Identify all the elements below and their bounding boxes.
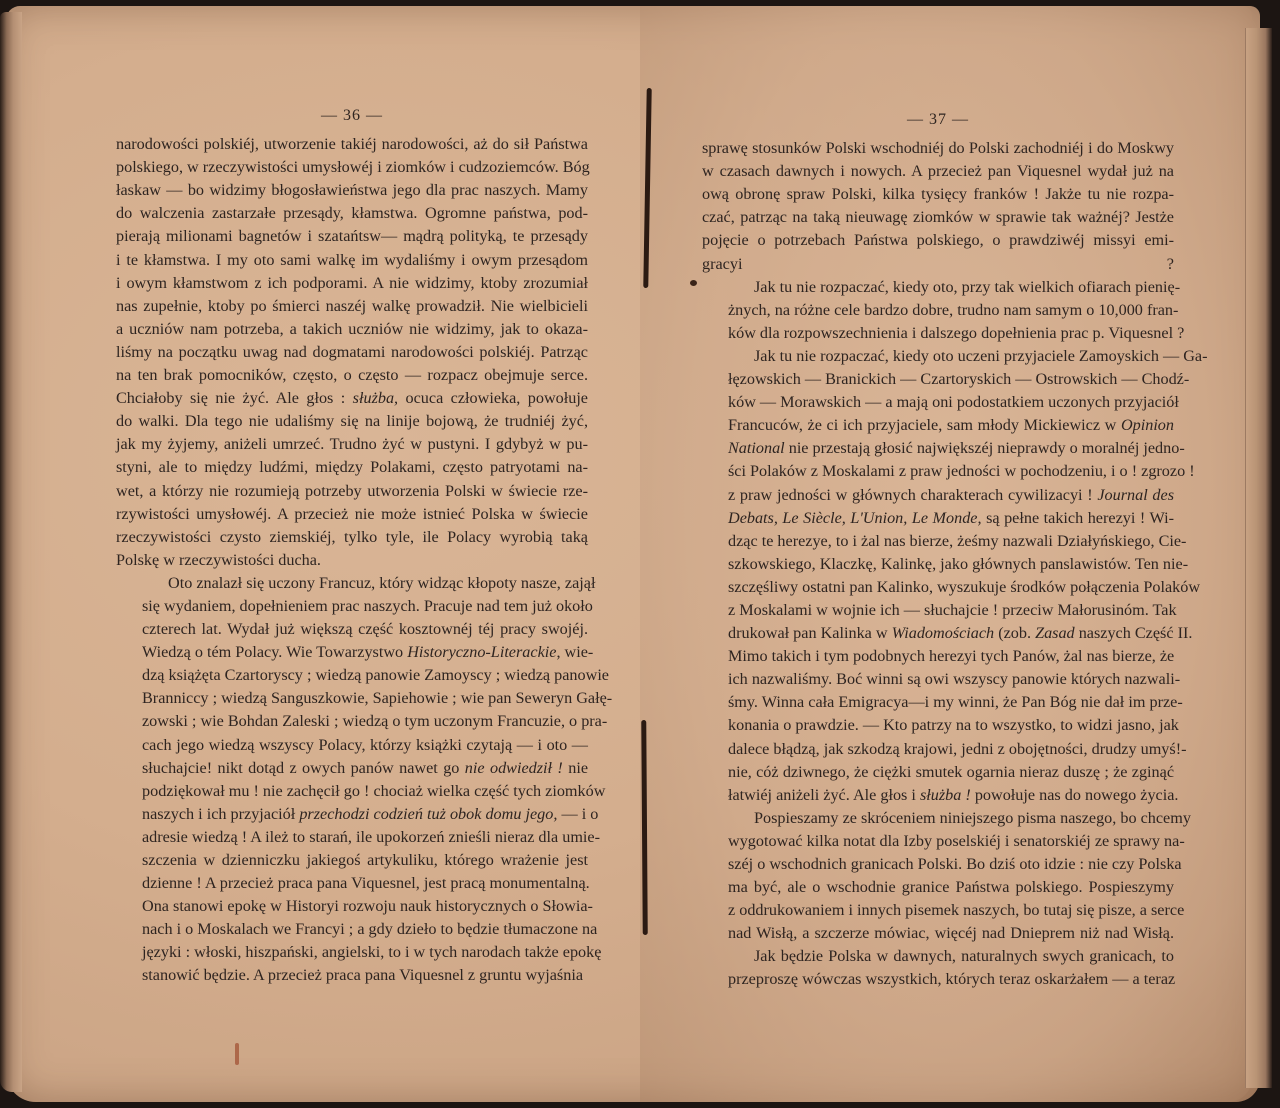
text: dząc te herezye, to i żal nas bierze, że… [728,532,1186,550]
text: i owym kłamstwom z ich podporami. A nie … [116,274,588,292]
text: łaskaw — bo widzimy błogosławieństwa jeg… [116,181,588,199]
text: cach jego wiedzą wszyscy Polacy, którzy … [142,736,588,754]
text: naszych i ich przyjaciół [142,805,299,823]
text: słuchajcie! nikt dotąd z owych panów naw… [142,759,465,777]
left-page: — 36 — narodowości polskiéj, utworzenie … [116,104,588,988]
text: Chciałoby się nie żyć. Ale głos : [116,389,353,407]
text: drukował pan Kalinka w [728,624,892,642]
text: łatwiéj aniżeli żyć. Ale głos i [728,786,920,804]
text: ści Polaków z Moskalami z praw jedności … [728,462,1195,480]
text: Ona stanowi epokę w Historyi rozwoju nau… [142,897,593,915]
text-line: wygotować kilka notat dla Izby poselskié… [702,830,1174,853]
text: konania o prawdzie. — Kto patrzy na to w… [728,716,1179,734]
text: naszych Część II. [1075,624,1193,642]
text: z oddrukowaniem i innych pisemek naszych… [728,901,1184,919]
text-line: rzywistości umysłowéj. A przecież nie mo… [116,503,588,526]
text: czać, patrząc na taką nieuwagę ziomków w… [702,208,1174,226]
text-line: pierają milionami bagnetów i szatańtsw— … [116,225,588,248]
italic-text: Debats, Le Siècle, L'Union, Le Monde, [728,509,982,527]
text-line: ków dla rozpowszechnienia i dalszego dop… [702,322,1174,345]
text-line: dalece błądzą, jak szkodzą krajowi, jedn… [702,738,1174,761]
text: liśmy na początku uwag nad dogmatami nar… [116,343,588,361]
italic-text: przechodzi codzień tuż obok domu jego, [299,805,557,823]
text-line: pojęcie o potrzebach Państwa polskiego, … [702,229,1174,252]
text: z Moskalami w wojnie ich — słuchajcie ! … [728,601,1177,619]
text: adresie wiedzą ! A ileż to starań, ile u… [142,828,600,846]
text: z praw jedności w głównych charakterach … [728,486,1097,504]
text-line: dzienne ! A przecież praca pana Viquesne… [116,872,588,895]
text-line: się wydaniem, dopełnieniem prac naszych.… [116,595,588,618]
text: nad Wisłą, a szczerze mówiac, więcéj nad… [728,924,1174,942]
italic-text: służba ! [920,786,971,804]
text: przeproszę wówczas wszystkich, których t… [728,970,1175,988]
italic-text: Historyczno-Literackie [407,643,556,661]
text-line: Polskę w rzeczywistości ducha. [116,549,588,572]
text: do walki. Dla tego nie udaliśmy się na l… [116,412,588,430]
page-body: narodowości polskiéj, utworzenie takiéj … [116,133,588,987]
text-line: nad Wisłą, a szczerze mówiac, więcéj nad… [702,922,1174,945]
text: dzienne ! A przecież praca pana Viquesne… [142,874,590,892]
left-page-edge [0,12,22,1092]
text-line: a uczniów nam potrzeba, a takich uczniów… [116,318,588,341]
text: polskiego, w rzeczywistości umysłowéj i … [116,158,590,176]
text: wet, a którzy nie rozumieją potrzeby utw… [116,482,588,500]
text: dalece błądzą, jak szkodzą krajowi, jedn… [728,740,1186,758]
text-line: łaskaw — bo widzimy błogosławieństwa jeg… [116,179,588,202]
text: nie przestają głosić największéj niepraw… [785,439,1185,457]
text-line: ma być, ale o wschodnie granice Państwa … [702,876,1174,899]
text-line: rzeczywistości czysto ziemskiéj, tylko t… [116,526,588,549]
text: ków — Morawskich — a mają oni podostatki… [728,393,1179,411]
text: gracyi ? [702,255,1174,273]
text-line: polskiego, w rzeczywistości umysłowéj i … [116,156,588,179]
paragraph: Pospieszamy ze skróceniem niniejszego pi… [702,807,1174,946]
text-line: wet, a którzy nie rozumieją potrzeby utw… [116,480,588,503]
text-line: gracyi ? [702,253,1174,276]
text: széj o wschodnich granicach Polski. Bo d… [728,855,1182,873]
text: szczenia w dzienniczku jakiegoś artykuli… [142,851,588,869]
text-line: Jak będzie Polska w dawnych, naturalnych… [702,945,1174,968]
text-line: Oto znalazł się uczony Francuz, który wi… [116,572,588,595]
text: nie [563,759,588,777]
italic-text: służba, [353,389,398,407]
text-line: cach jego wiedzą wszyscy Polacy, którzy … [116,734,588,757]
text-line: do walki. Dla tego nie udaliśmy się na l… [116,410,588,433]
text: sprawę stosunków Polski wschodniéj do Po… [702,139,1174,157]
text: i te kłamstwa. I my oto sami walkę im wy… [116,251,588,269]
text-line: na ten brak pomocników, często, o często… [116,364,588,387]
text: żnych, na różne cele bardzo dobre, trudn… [728,301,1178,319]
text-line: szczęśliwy ostatni pan Kalinko, wyszukuj… [702,576,1174,599]
italic-text: Zasad [1035,624,1075,642]
text: powołuje nas do nowego życia. [971,786,1179,804]
text: nach i o Moskalach we Francyi ; a gdy dz… [142,920,597,938]
text: Wiedzą o tém Polacy. Wie Towarzystwo [142,643,407,661]
text-line: jak my żyjemy, aniżeli umrzeć. Trudno ży… [116,433,588,456]
text-line: narodowości polskiéj, utworzenie takiéj … [116,133,588,156]
text: czterech lat. Wydał już większą część ko… [142,620,588,638]
text: Mimo takich i tym podobnych herezyi tych… [728,647,1174,665]
text-line: nie, cóż dziwnego, że ciężki smutek ogar… [702,761,1174,784]
text: Oto znalazł się uczony Francuz, który wi… [168,574,595,592]
text-line: żnych, na różne cele bardzo dobre, trudn… [702,299,1174,322]
text-line: dząc te herezye, to i żal nas bierze, że… [702,530,1174,553]
text-line: ową obronę spraw Polski, kilka tysięcy f… [702,183,1174,206]
ink-spot [690,280,697,286]
text: pierają milionami bagnetów i szatańtsw— … [116,227,588,245]
paragraph: narodowości polskiéj, utworzenie takiéj … [116,133,588,572]
page-body: sprawę stosunków Polski wschodniéj do Po… [702,137,1174,991]
text-line: naszych i ich przyjaciół przechodzi codz… [116,803,588,826]
text-line: sprawę stosunków Polski wschodniéj do Po… [702,137,1174,160]
text: ich nazwaliśmy. Boć winni są owi wszyscy… [728,670,1180,688]
text: szkowskiego, Klaczkę, Kalinkę, jako głów… [728,555,1188,573]
text: Polskę w rzeczywistości ducha. [116,551,321,569]
text: śmy. Winna cała Emigracya—i my winni, że… [728,693,1183,711]
text-line: National nie przestają głosić największé… [702,437,1174,460]
text-line: Mimo takich i tym podobnych herezyi tych… [702,645,1174,668]
text-line: z Moskalami w wojnie ich — słuchajcie ! … [702,599,1174,622]
text: ków dla rozpowszechnienia i dalszego dop… [728,324,1184,342]
text-line: ści Polaków z Moskalami z praw jedności … [702,460,1174,483]
text: rzeczywistości czysto ziemskiéj, tylko t… [116,528,588,546]
text: rzywistości umysłowéj. A przecież nie mo… [116,505,588,523]
text: nas zupełnie, ktoby po śmierci naszéj wa… [116,297,588,315]
paper-stain [235,1043,239,1065]
text: do walczenia zastarzałe przesądy, kłamst… [116,204,588,222]
text-line: Branniccy ; wiedzą Sanguszkowie, Sapieho… [116,687,588,710]
paragraph: sprawę stosunków Polski wschodniéj do Po… [702,137,1174,276]
text-line: z praw jedności w głównych charakterach … [702,484,1174,507]
paragraph: Oto znalazł się uczony Francuz, który wi… [116,572,588,988]
text: są pełne takich herezyi ! Wi- [982,509,1174,527]
right-page: — 37 — sprawę stosunków Polski wschodnié… [702,108,1174,992]
text: nie, cóż dziwnego, że ciężki smutek ogar… [728,763,1174,781]
text-line: liśmy na początku uwag nad dogmatami nar… [116,341,588,364]
text: Francuców, że ci ich przyjaciele, sam mł… [728,416,1121,434]
text-line: széj o wschodnich granicach Polski. Bo d… [702,853,1174,876]
text-line: języki : włoski, hiszpański, angielski, … [116,941,588,964]
text: jak my żyjemy, aniżeli umrzeć. Trudno ży… [116,435,588,453]
text: a uczniów nam potrzeba, a takich uczniów… [116,320,588,338]
text: na ten brak pomocników, często, o często… [116,366,588,384]
text: wygotować kilka notat dla Izby poselskié… [728,832,1185,850]
text-line: szczenia w dzienniczku jakiegoś artykuli… [116,849,588,872]
text-line: nas zupełnie, ktoby po śmierci naszéj wa… [116,295,588,318]
text: Pospieszamy ze skróceniem niniejszego pi… [754,809,1191,827]
text-line: Francuców, że ci ich przyjaciele, sam mł… [702,414,1174,437]
text-line: szkowskiego, Klaczkę, Kalinkę, jako głów… [702,553,1174,576]
text: się wydaniem, dopełnieniem prac naszych.… [142,597,593,615]
italic-text: Opinion [1121,416,1174,434]
text-line: w czasach dawnych i nowych. A przecież p… [702,160,1174,183]
text: (zob. [994,624,1035,642]
text-line: słuchajcie! nikt dotąd z owych panów naw… [116,757,588,780]
text: Jak tu nie rozpaczać, kiedy oto uczeni p… [754,347,1208,365]
text: Jak będzie Polska w dawnych, naturalnych… [754,947,1174,965]
page-number: — 37 — [702,108,1174,131]
text: szczęśliwy ostatni pan Kalinko, wyszukuj… [728,578,1200,596]
text-line: ków — Morawskich — a mają oni podostatki… [702,391,1174,414]
text-line: konania o prawdzie. — Kto patrzy na to w… [702,714,1174,737]
text-line: Debats, Le Siècle, L'Union, Le Monde, są… [702,507,1174,530]
text-line: łęzowskich — Branickich — Czartoryskich … [702,368,1174,391]
text-line: przeproszę wówczas wszystkich, których t… [702,968,1174,991]
text: pojęcie o potrzebach Państwa polskiego, … [702,231,1174,249]
text: łęzowskich — Branickich — Czartoryskich … [728,370,1189,388]
text-line: Chciałoby się nie żyć. Ale głos : służba… [116,387,588,410]
text-line: Jak tu nie rozpaczać, kiedy oto uczeni p… [702,345,1174,368]
text: w czasach dawnych i nowych. A przecież p… [702,162,1174,180]
text-line: dzą książęta Czartoryscy ; wiedzą panowi… [116,664,588,687]
paragraph: Jak będzie Polska w dawnych, naturalnych… [702,945,1174,991]
text: ma być, ale o wschodnie granice Państwa … [728,878,1174,896]
text-line: ich nazwaliśmy. Boć winni są owi wszyscy… [702,668,1174,691]
text-line: Pospieszamy ze skróceniem niniejszego pi… [702,807,1174,830]
italic-text: Journal des [1097,486,1174,504]
italic-text: National [728,439,785,457]
text-line: czać, patrząc na taką nieuwagę ziomków w… [702,206,1174,229]
italic-text: nie odwiedził ! [465,759,563,777]
text: ową obronę spraw Polski, kilka tysięcy f… [702,185,1174,203]
text: stanowić będzie. A przecież praca pana V… [142,966,583,984]
text-line: drukował pan Kalinka w Wiadomościach (zo… [702,622,1174,645]
text-line: styni, ale to między ludźmi, między Pola… [116,456,588,479]
page-number: — 36 — [116,104,588,127]
paragraph: Jak tu nie rozpaczać, kiedy oto, przy ta… [702,276,1174,345]
text-line: nach i o Moskalach we Francyi ; a gdy dz… [116,918,588,941]
text-line: adresie wiedzą ! A ileż to starań, ile u… [116,826,588,849]
text-line: i te kłamstwa. I my oto sami walkę im wy… [116,249,588,272]
text: — i o [557,805,598,823]
right-page-edge [1245,28,1272,1088]
text-line: Wiedzą o tém Polacy. Wie Towarzystwo His… [116,641,588,664]
text: ocuca człowieka, powołuje [398,389,588,407]
italic-text: Wiadomościach [892,624,995,642]
text-line: Jak tu nie rozpaczać, kiedy oto, przy ta… [702,276,1174,299]
text: styni, ale to między ludźmi, między Pola… [116,458,588,476]
paragraph: Jak tu nie rozpaczać, kiedy oto uczeni p… [702,345,1174,807]
text: dzą książęta Czartoryscy ; wiedzą panowi… [142,666,609,684]
text: , wie- [556,643,593,661]
text-line: zowski ; wie Bohdan Zaleski ; wiedzą o t… [116,710,588,733]
text-line: do walczenia zastarzałe przesądy, kłamst… [116,202,588,225]
text-line: śmy. Winna cała Emigracya—i my winni, że… [702,691,1174,714]
text: zowski ; wie Bohdan Zaleski ; wiedzą o t… [142,712,607,730]
text: języki : włoski, hiszpański, angielski, … [142,943,601,961]
text: narodowości polskiéj, utworzenie takiéj … [116,135,588,153]
text-line: czterech lat. Wydał już większą część ko… [116,618,588,641]
text-line: Ona stanowi epokę w Historyi rozwoju nau… [116,895,588,918]
text-line: podziękował mu ! nie zachęcił go ! choci… [116,780,588,803]
text-line: z oddrukowaniem i innych pisemek naszych… [702,899,1174,922]
text: Jak tu nie rozpaczać, kiedy oto, przy ta… [754,278,1180,296]
text-line: stanowić będzie. A przecież praca pana V… [116,964,588,987]
text-line: i owym kłamstwom z ich podporami. A nie … [116,272,588,295]
text: podziękował mu ! nie zachęcił go ! choci… [142,782,605,800]
text-line: łatwiéj aniżeli żyć. Ale głos i służba !… [702,784,1174,807]
text: Branniccy ; wiedzą Sanguszkowie, Sapieho… [142,689,612,707]
